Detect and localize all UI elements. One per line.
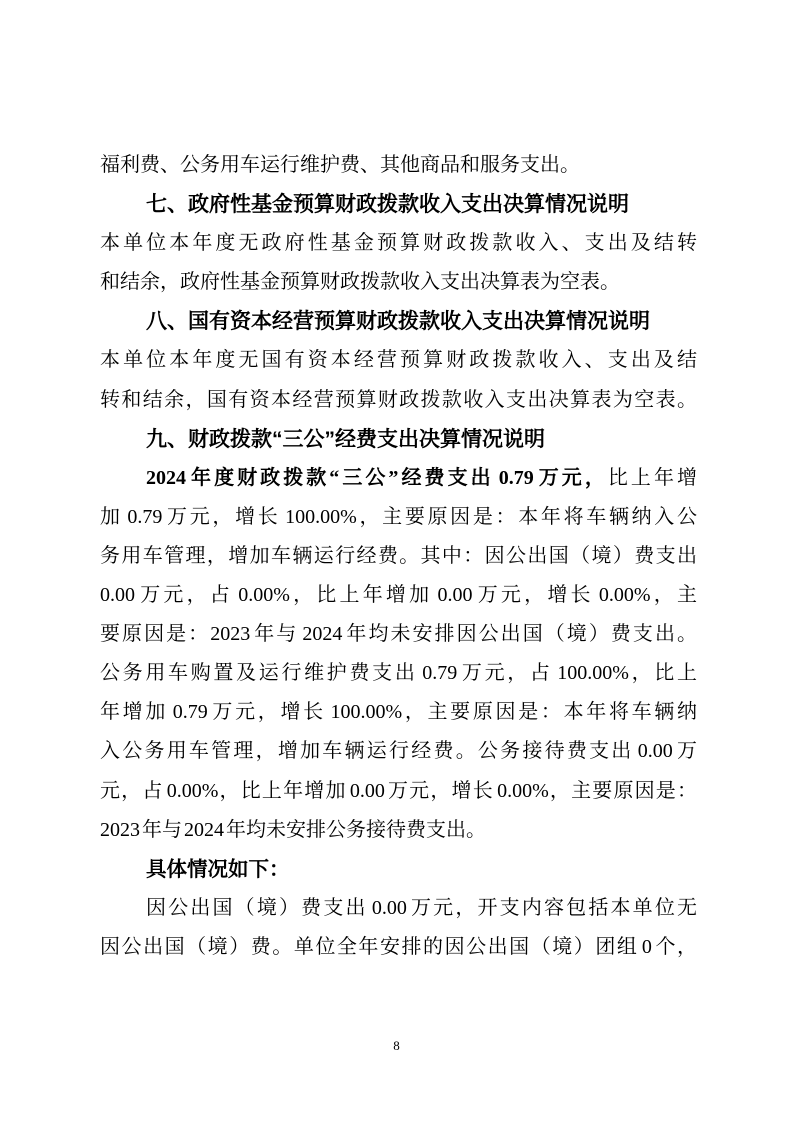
text-line: 要原因是：2023 年与 2024 年均未安排因公出国（境）费支出。 [100, 615, 697, 654]
heading-section-7: 七、政府性基金预算财政拨款收入支出决算情况说明 [100, 185, 697, 224]
text-line: 0.00 万元，占 0.00%，比上年增加 0.00 万元，增长 0.00%，主 [100, 576, 697, 615]
bold-lead-line: 具体情况如下： [100, 850, 697, 889]
text-line: 本单位本年度无政府性基金预算财政拨款收入、支出及结转 [100, 224, 697, 263]
bold-text-run: 2024 年度财政拨款“三公”经费支出 0.79 万元， [146, 467, 608, 489]
heading-section-9: 九、财政拨款“三公”经费支出决算情况说明 [100, 420, 697, 459]
text-line: 福利费、公务用车运行维护费、其他商品和服务支出。 [100, 146, 697, 185]
text-line: 务用车管理，增加车辆运行经费。其中：因公出国（境）费支出 [100, 537, 697, 576]
text-line: 加 0.79 万元，增长 100.00%，主要原因是：本年将车辆纳入公 [100, 498, 697, 537]
document-body: 福利费、公务用车运行维护费、其他商品和服务支出。 七、政府性基金预算财政拨款收入… [100, 146, 697, 967]
text-line: 2024 年度财政拨款“三公”经费支出 0.79 万元，比上年增 [100, 459, 697, 498]
text-line: 年增加 0.79 万元，增长 100.00%，主要原因是：本年将车辆纳 [100, 693, 697, 732]
text-line: 本单位本年度无国有资本经营预算财政拨款收入、支出及结 [100, 341, 697, 380]
text-line: 因公出国（境）费支出 0.00 万元，开支内容包括本单位无 [100, 889, 697, 928]
text-line: 公务用车购置及运行维护费支出 0.79 万元，占 100.00%，比上 [100, 654, 697, 693]
text-line: 入公务用车管理，增加车辆运行经费。公务接待费支出 0.00 万 [100, 732, 697, 771]
heading-section-8: 八、国有资本经营预算财政拨款收入支出决算情况说明 [100, 302, 697, 341]
document-page: 福利费、公务用车运行维护费、其他商品和服务支出。 七、政府性基金预算财政拨款收入… [0, 0, 793, 1122]
text-line: 和结余，政府性基金预算财政拨款收入支出决算表为空表。 [100, 263, 697, 302]
page-number: 8 [0, 1038, 793, 1054]
text-run: 比上年增 [608, 467, 697, 489]
text-line: 元，占 0.00%，比上年增加 0.00 万元，增长 0.00%，主要原因是： [100, 772, 697, 811]
text-line: 因公出国（境）费。单位全年安排的因公出国（境）团组 0 个， [100, 928, 697, 967]
text-line: 转和结余，国有资本经营预算财政拨款收入支出决算表为空表。 [100, 381, 697, 420]
text-line: 2023 年与 2024 年均未安排公务接待费支出。 [100, 811, 697, 850]
